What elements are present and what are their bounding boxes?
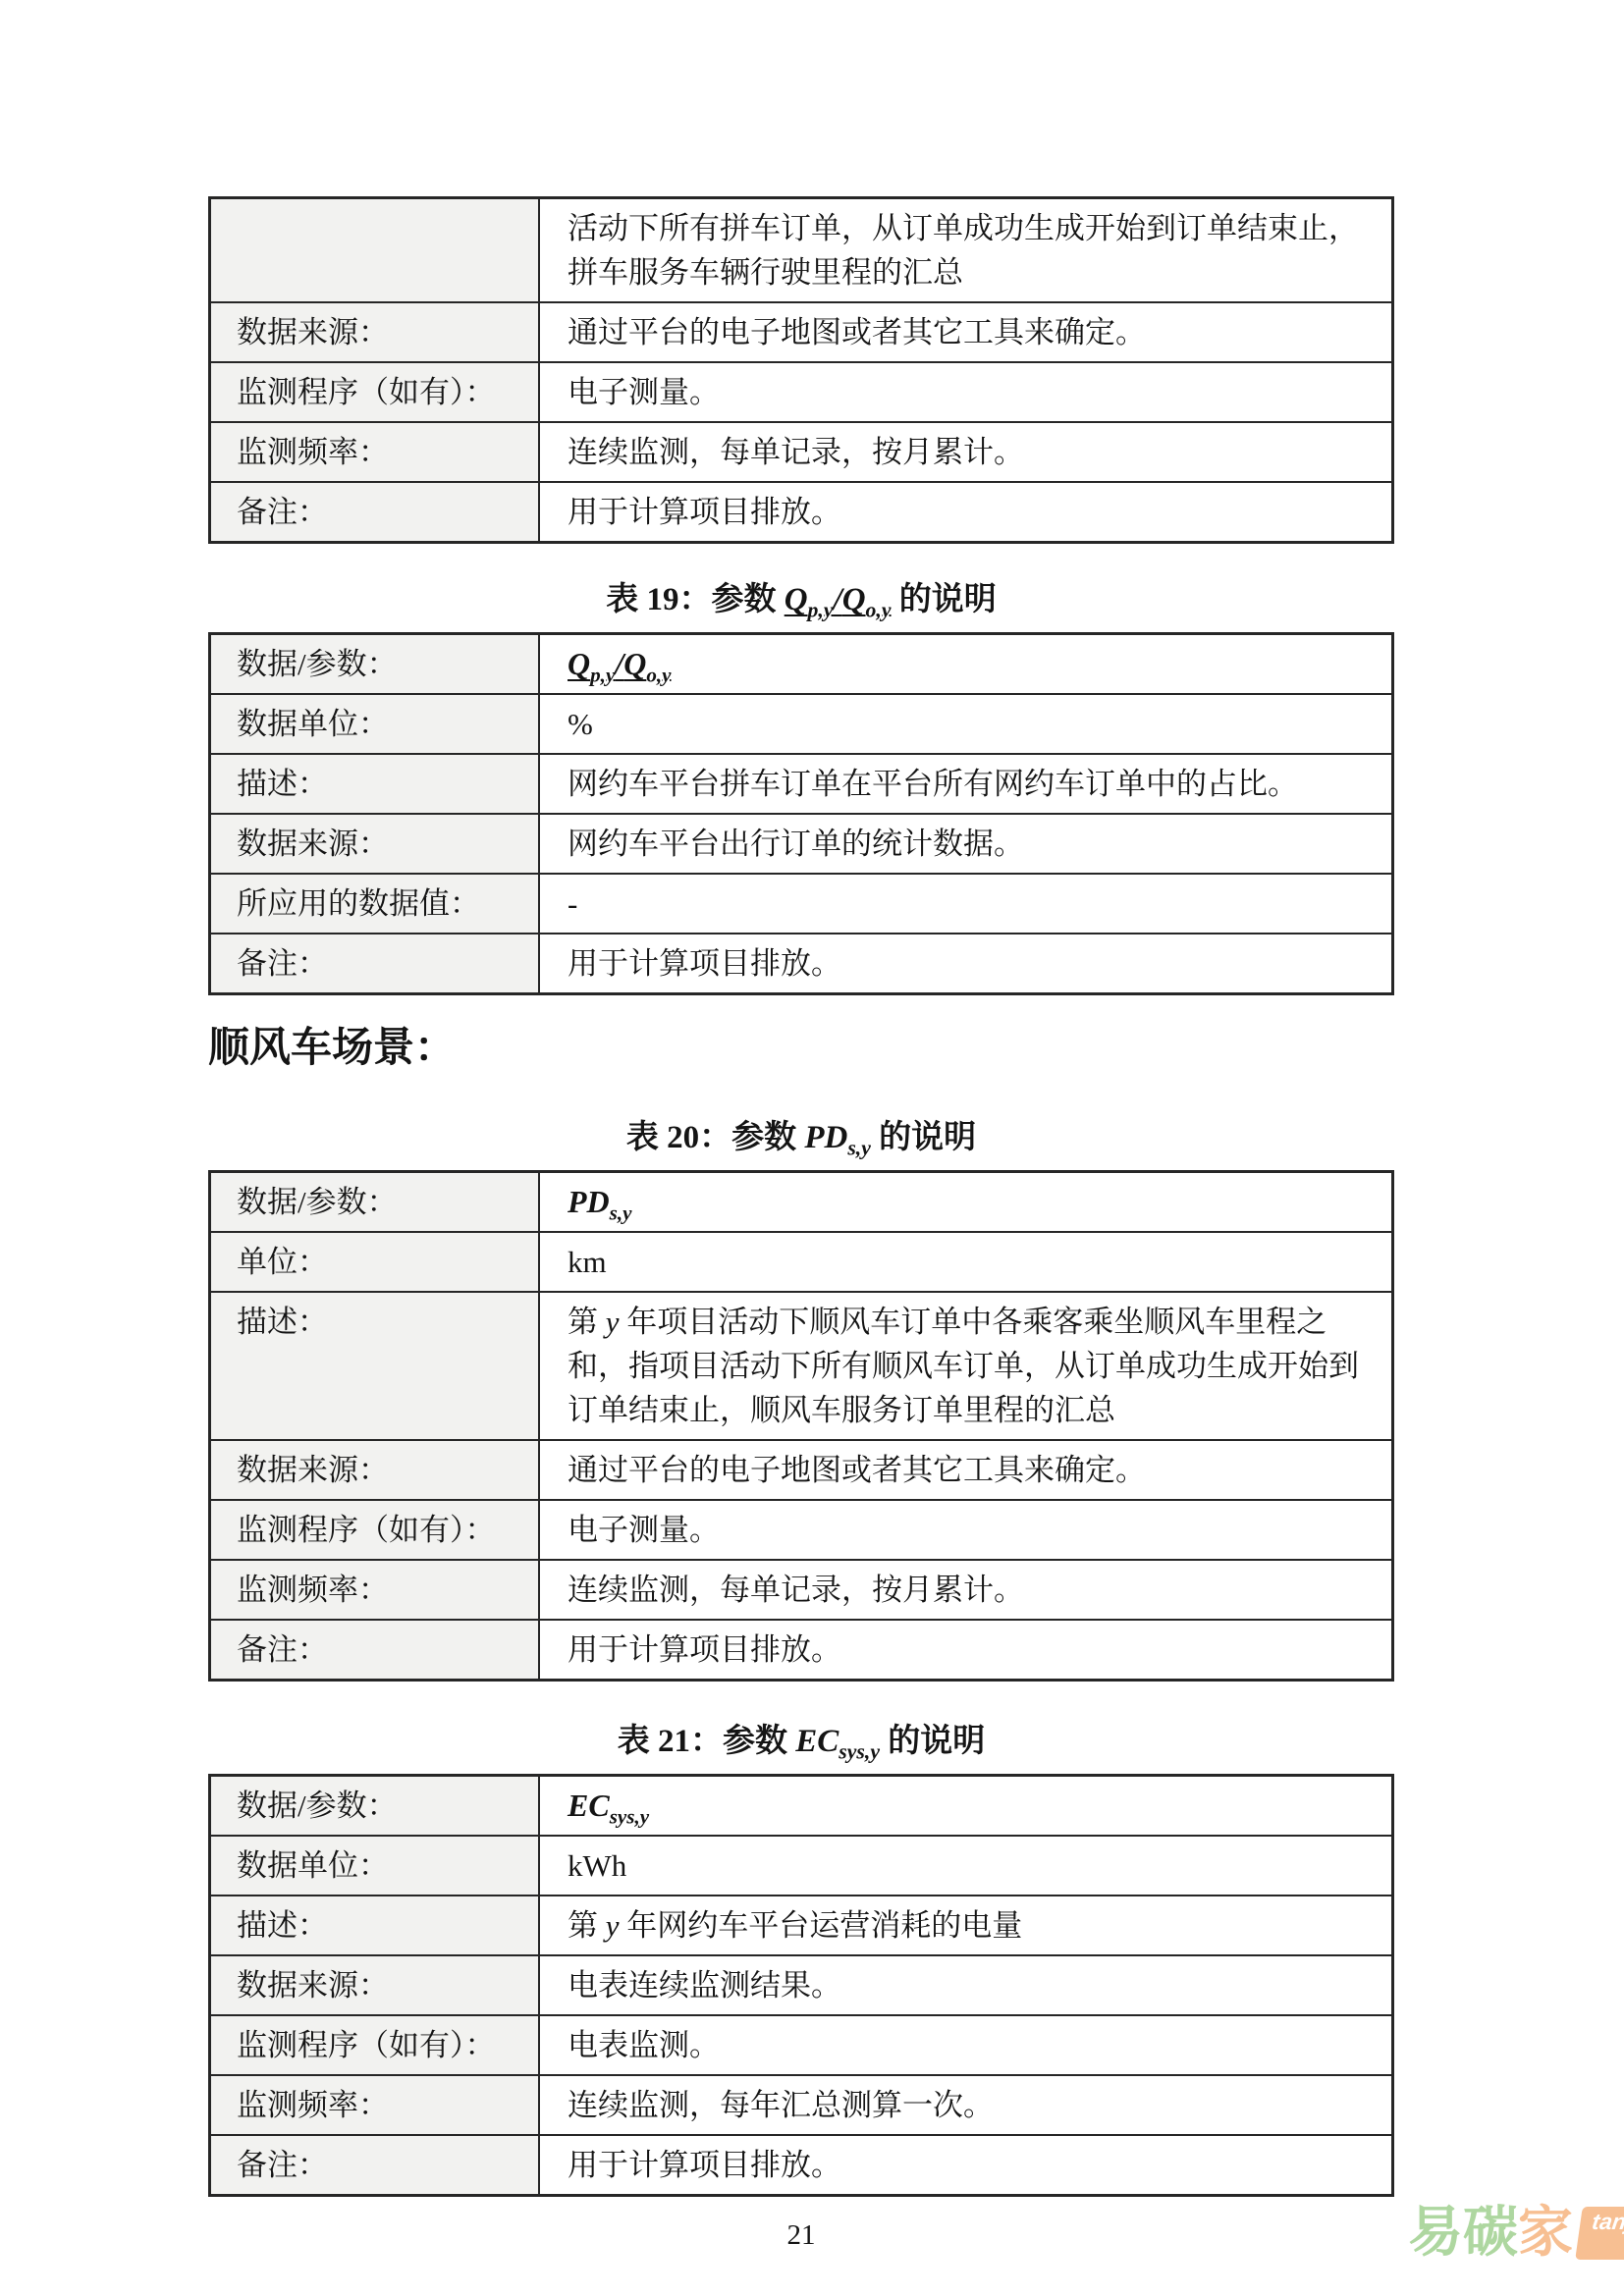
row-value: kWh <box>540 1837 1391 1895</box>
table-row: 备注：用于计算项目排放。 <box>211 2134 1391 2194</box>
watermark-char-jia: 家 <box>1518 2208 1573 2260</box>
row-value-text: 第 y 年项目活动下顺风车订单中各乘客乘坐顺风车里程之和，指项目活动下所有顺风车… <box>568 1305 1359 1427</box>
page-number: 21 <box>208 2218 1394 2252</box>
parameter-subscript: sys,y <box>610 1804 649 1828</box>
parameter-subscript: o,y <box>866 599 892 622</box>
text-segment: / <box>615 646 623 681</box>
row-value: 网约车平台拼车订单在平台所有网约车订单中的占比。 <box>540 755 1391 813</box>
table-20: 数据/参数：PDs,y单位：km描述：第 y 年项目活动下顺风车订单中各乘客乘坐… <box>208 1170 1394 1682</box>
table-19-title-prefix: 表 19：参数 <box>606 582 785 617</box>
text-segment: Q <box>842 582 866 617</box>
row-value: 连续监测，每单记录，按月累计。 <box>540 423 1391 481</box>
table-row: 数据单位：% <box>211 693 1391 753</box>
table-19-title-suffix: 的说明 <box>892 582 997 617</box>
row-value-text: 第 y 年网约车平台运营消耗的电量 <box>568 1908 1022 1943</box>
row-label: 数据来源： <box>211 1956 540 2014</box>
table-row: 数据来源：通过平台的电子地图或者其它工具来确定。 <box>211 1439 1391 1499</box>
row-label: 监测程序（如有）： <box>211 1501 540 1559</box>
row-label: 备注： <box>211 2136 540 2194</box>
table-row: 数据/参数：Qp,y/Qo,y <box>211 635 1391 693</box>
row-value: 用于计算项目排放。 <box>540 2136 1391 2194</box>
table-21-title-parameter: ECsys,y <box>795 1724 880 1759</box>
table-row: 数据来源：通过平台的电子地图或者其它工具来确定。 <box>211 301 1391 361</box>
table-21-title: 表 21：参数 ECsys,y 的说明 <box>208 1721 1394 1762</box>
watermark-char-yi: 易 <box>1408 2208 1463 2260</box>
row-value: 通过平台的电子地图或者其它工具来确定。 <box>540 1441 1391 1499</box>
row-label: 监测程序（如有）： <box>211 2016 540 2074</box>
table-row: 监测程序（如有）：电表监测。 <box>211 2014 1391 2074</box>
row-value: 第 y 年网约车平台运营消耗的电量 <box>540 1896 1391 1954</box>
scene-heading: 顺风车场景： <box>208 1023 1624 1074</box>
parameter-symbol: PDs,y <box>568 1184 632 1219</box>
table-19-title: 表 19：参数 Qp,y/Qo,y 的说明 <box>208 579 1394 620</box>
text-segment: EC <box>795 1724 839 1759</box>
table-row: 活动下所有拼车订单，从订单成功生成开始到订单结束止，拼车服务车辆行驶里程的汇总 <box>211 199 1391 301</box>
row-label: 备注： <box>211 1621 540 1679</box>
table-row: 备注：用于计算项目排放。 <box>211 933 1391 992</box>
row-value: Qp,y/Qo,y <box>540 635 1391 693</box>
table-row: 备注：用于计算项目排放。 <box>211 481 1391 541</box>
table-21-title-suffix: 的说明 <box>880 1724 985 1759</box>
text-segment: 年网约车平台运营消耗的电量 <box>620 1908 1023 1943</box>
row-value: 第 y 年项目活动下顺风车订单中各乘客乘坐顺风车里程之和，指项目活动下所有顺风车… <box>540 1293 1391 1439</box>
row-value: 连续监测，每年汇总测算一次。 <box>540 2076 1391 2134</box>
row-label: 数据/参数： <box>211 1777 540 1835</box>
row-value: % <box>540 695 1391 753</box>
text-segment: y <box>606 1305 620 1339</box>
document-page: 活动下所有拼车订单，从订单成功生成开始到订单结束止，拼车服务车辆行驶里程的汇总数… <box>0 196 1624 2252</box>
row-label: 单位： <box>211 1233 540 1291</box>
table-19-title-parameter: Qp,y/Qo,y <box>785 582 892 617</box>
table-21-title-prefix: 表 21：参数 <box>618 1724 796 1759</box>
row-label: 数据单位： <box>211 695 540 753</box>
table-row: 监测频率：连续监测，每年汇总测算一次。 <box>211 2074 1391 2134</box>
table-row: 备注：用于计算项目排放。 <box>211 1619 1391 1679</box>
table-row: 描述：第 y 年项目活动下顺风车订单中各乘客乘坐顺风车里程之和，指项目活动下所有… <box>211 1291 1391 1439</box>
table-row: 单位：km <box>211 1231 1391 1291</box>
parameter-symbol: ECsys,y <box>568 1788 649 1823</box>
parameter-subscript: s,y <box>610 1201 632 1224</box>
parameter-subscript: p,y <box>590 663 615 686</box>
text-segment: 年项目活动下顺风车订单中各乘客乘坐顺风车里程之和，指项目活动下所有顺风车订单，从… <box>568 1305 1359 1427</box>
table-row: 监测频率：连续监测，每单记录，按月累计。 <box>211 1559 1391 1619</box>
row-value: 电表监测。 <box>540 2016 1391 2074</box>
row-label: 监测程序（如有）： <box>211 363 540 421</box>
row-label: 监测频率： <box>211 1561 540 1619</box>
watermark-domain-badge: tanjiaoyi .com <box>1575 2207 1624 2260</box>
row-label: 所应用的数据值： <box>211 875 540 933</box>
row-value: 活动下所有拼车订单，从订单成功生成开始到订单结束止，拼车服务车辆行驶里程的汇总 <box>540 199 1391 301</box>
text-segment: PD <box>804 1120 847 1155</box>
table-row: 数据来源：网约车平台出行订单的统计数据。 <box>211 813 1391 873</box>
row-label: 监测频率： <box>211 423 540 481</box>
row-value: 电子测量。 <box>540 1501 1391 1559</box>
row-value: km <box>540 1233 1391 1291</box>
row-value: 电子测量。 <box>540 363 1391 421</box>
table-row: 监测程序（如有）：电子测量。 <box>211 361 1391 421</box>
watermark-domain-tld: .com <box>1588 2234 1624 2256</box>
parameter-subscript: sys,y <box>839 1740 880 1764</box>
table-row: 数据/参数：PDs,y <box>211 1173 1391 1231</box>
row-label: 数据/参数： <box>211 635 540 693</box>
row-label: 描述： <box>211 755 540 813</box>
parameter-subscript: p,y <box>808 599 834 622</box>
table-row: 数据单位：kWh <box>211 1835 1391 1895</box>
text-segment: PD <box>568 1184 610 1219</box>
watermark-logo: 易 碳 家 tanjiaoyi .com <box>1408 2207 1624 2260</box>
parameter-subscript: o,y <box>646 663 671 686</box>
table-18-continued: 活动下所有拼车订单，从订单成功生成开始到订单结束止，拼车服务车辆行驶里程的汇总数… <box>208 196 1394 544</box>
text-segment: / <box>834 582 842 617</box>
row-label: 数据来源： <box>211 1441 540 1499</box>
row-label: 数据来源： <box>211 303 540 361</box>
table-20-title-prefix: 表 20：参数 <box>626 1120 805 1155</box>
table-21: 数据/参数：ECsys,y数据单位：kWh描述：第 y 年网约车平台运营消耗的电… <box>208 1774 1394 2197</box>
row-label: 数据来源： <box>211 815 540 873</box>
table-row: 描述：第 y 年网约车平台运营消耗的电量 <box>211 1895 1391 1954</box>
text-segment: Q <box>785 582 808 617</box>
row-label: 监测频率： <box>211 2076 540 2134</box>
row-label: 描述： <box>211 1896 540 1954</box>
row-value: - <box>540 875 1391 933</box>
text-segment: EC <box>568 1788 610 1823</box>
row-value: 用于计算项目排放。 <box>540 483 1391 541</box>
row-label <box>211 199 540 301</box>
row-value: 电表连续监测结果。 <box>540 1956 1391 2014</box>
row-value: 用于计算项目排放。 <box>540 1621 1391 1679</box>
table-20-title: 表 20：参数 PDs,y 的说明 <box>208 1117 1394 1158</box>
text-segment: 第 <box>568 1305 606 1339</box>
watermark-domain-name: tanjiaoyi <box>1591 2210 1624 2234</box>
parameter-subscript: s,y <box>847 1137 871 1160</box>
parameter-symbol: Qp,y/Qo,y <box>568 646 672 681</box>
table-row: 监测频率：连续监测，每单记录，按月累计。 <box>211 421 1391 481</box>
row-value: 用于计算项目排放。 <box>540 934 1391 992</box>
text-segment: 第 <box>568 1908 606 1943</box>
watermark-char-tan: 碳 <box>1463 2208 1518 2260</box>
text-segment: Q <box>568 646 590 681</box>
text-segment: y <box>606 1908 620 1943</box>
table-20-title-suffix: 的说明 <box>871 1120 976 1155</box>
row-value: 网约车平台出行订单的统计数据。 <box>540 815 1391 873</box>
table-row: 描述：网约车平台拼车订单在平台所有网约车订单中的占比。 <box>211 753 1391 813</box>
row-label: 备注： <box>211 934 540 992</box>
table-row: 数据/参数：ECsys,y <box>211 1777 1391 1835</box>
table-row: 监测程序（如有）：电子测量。 <box>211 1499 1391 1559</box>
table-19: 数据/参数：Qp,y/Qo,y数据单位：%描述：网约车平台拼车订单在平台所有网约… <box>208 632 1394 995</box>
row-label: 数据单位： <box>211 1837 540 1895</box>
row-value: PDs,y <box>540 1173 1391 1231</box>
text-segment: Q <box>623 646 646 681</box>
table-row: 数据来源：电表连续监测结果。 <box>211 1954 1391 2014</box>
row-value: 通过平台的电子地图或者其它工具来确定。 <box>540 303 1391 361</box>
row-label: 描述： <box>211 1293 540 1439</box>
row-label: 备注： <box>211 483 540 541</box>
row-value: 连续监测，每单记录，按月累计。 <box>540 1561 1391 1619</box>
row-label: 数据/参数： <box>211 1173 540 1231</box>
table-row: 所应用的数据值：- <box>211 873 1391 933</box>
row-value: ECsys,y <box>540 1777 1391 1835</box>
table-20-title-parameter: PDs,y <box>804 1120 871 1155</box>
